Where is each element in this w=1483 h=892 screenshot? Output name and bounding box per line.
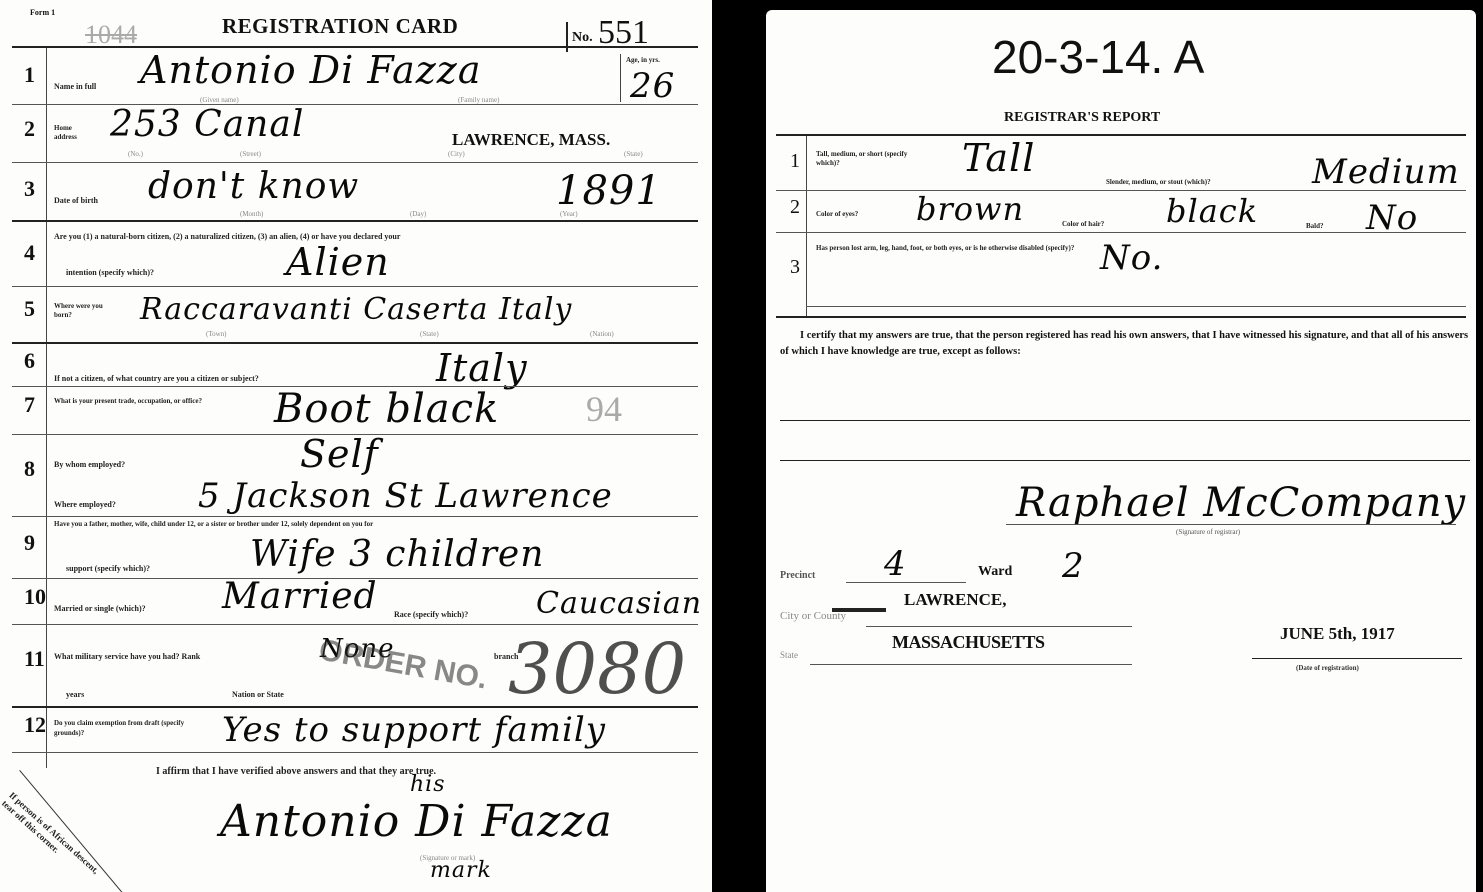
field-value-address: 253 Canal	[110, 104, 304, 145]
field-value-age: 26	[630, 66, 675, 106]
precinct-value: 4	[884, 544, 907, 584]
report-title: REGISTRAR'S REPORT	[1004, 110, 1160, 126]
field-value-year: 1891	[556, 168, 662, 214]
field-value-citizenship: Alien	[286, 240, 390, 284]
field-label-workplace: Where employed?	[54, 500, 116, 509]
sublabel: (Street)	[240, 150, 261, 158]
field-value-exemption: Yes to support family	[222, 710, 606, 750]
divider	[806, 306, 1466, 307]
field-value-build: Medium	[1312, 152, 1460, 192]
field-number: 3	[24, 176, 35, 202]
sublabel: (No.)	[128, 150, 143, 158]
field-label-employer: By whom employed?	[54, 460, 125, 469]
order-stamp: ORDER NO.	[316, 633, 489, 696]
field-number: 7	[24, 392, 35, 418]
field-label-military: What military service have you had? Rank	[54, 652, 200, 661]
ward-label: Ward	[978, 564, 1012, 580]
divider	[780, 460, 1470, 461]
field-label-occupation: What is your present trade, occupation, …	[54, 396, 204, 406]
signature-mark-below: mark	[430, 858, 492, 883]
divider	[12, 162, 698, 163]
field-value-hair: black	[1166, 192, 1258, 230]
registrar-report-back: 20-3-14. A REGISTRAR'S REPORT 1 Tall, me…	[766, 10, 1476, 892]
ward-value: 2	[1062, 546, 1085, 586]
field-label-height: Tall, medium, or short (specify which)?	[816, 150, 916, 168]
field-label-marital: Married or single (which)?	[54, 604, 146, 613]
field-value-disability: No.	[1100, 238, 1163, 278]
left-margin-rule	[46, 48, 47, 768]
annotation-number: 94	[586, 388, 622, 430]
field-value-workplace: 5 Jackson St Lawrence	[198, 476, 613, 516]
field-number: 9	[24, 530, 35, 556]
divider	[12, 286, 698, 287]
state-label: State	[780, 650, 798, 660]
field-label-citizenship-2: intention (specify which)?	[66, 268, 154, 277]
field-label-exemption: Do you claim exemption from draft (speci…	[54, 718, 214, 738]
field-value-dob: don't know	[148, 166, 359, 207]
field-value-city: LAWRENCE, MASS.	[452, 130, 610, 150]
form-label: Form 1	[30, 8, 55, 17]
field-value-birthplace: Raccaravanti Caserta Italy	[140, 292, 572, 327]
card-title: REGISTRATION CARD	[222, 14, 458, 39]
field-label-years: years	[66, 690, 84, 699]
field-label-nationality: If not a citizen, of what country are yo…	[54, 374, 259, 383]
report-code: 20-3-14. A	[992, 30, 1204, 84]
divider	[12, 624, 698, 625]
order-number: 3080	[508, 628, 686, 710]
registrar-caption: (Signature of registrar)	[1176, 528, 1240, 536]
field-number: 2	[24, 116, 35, 142]
field-label-dependents: Have you a father, mother, wife, child u…	[54, 520, 373, 528]
sublabel: (Family name)	[458, 96, 499, 104]
field-label-bald: Bald?	[1306, 222, 1324, 230]
divider	[780, 420, 1470, 421]
field-number: 6	[24, 348, 35, 374]
sublabel: (State)	[420, 330, 439, 338]
field-label-name: Name in full	[54, 82, 96, 91]
field-label-race: Race (specify which)?	[394, 610, 468, 619]
left-margin-rule	[806, 136, 807, 316]
sublabel: (Nation)	[590, 330, 614, 338]
field-number: 2	[790, 196, 800, 219]
divider	[12, 706, 698, 708]
registrar-signature: Raphael McCompany	[1016, 480, 1466, 526]
field-number: 10	[24, 584, 46, 610]
sublabel: (Month)	[240, 210, 263, 218]
field-value-name: Antonio Di Fazza	[140, 48, 482, 92]
field-label-dob: Date of birth	[54, 196, 98, 205]
sublabel: (Town)	[206, 330, 227, 338]
sublabel: (Given name)	[200, 96, 239, 104]
field-label-dependents-2: support (specify which)?	[66, 564, 150, 573]
divider	[776, 316, 1466, 318]
field-value-occupation: Boot black	[274, 386, 499, 432]
field-label-build: Slender, medium, or stout (which)?	[1106, 178, 1211, 186]
field-label-eyes: Color of eyes?	[816, 210, 858, 218]
signature-mark-above: his	[410, 772, 446, 797]
certification-text: I certify that my answers are true, that…	[780, 328, 1470, 360]
date-caption: (Date of registration)	[1296, 664, 1359, 672]
signature-line	[1006, 524, 1456, 525]
sublabel: (Year)	[560, 210, 578, 218]
field-number: 8	[24, 456, 35, 482]
divider	[776, 190, 1466, 191]
underline	[810, 664, 1132, 665]
field-number: 3	[790, 256, 800, 279]
card-number-label: No.	[572, 30, 593, 46]
divider	[12, 752, 698, 753]
sublabel: (City)	[448, 150, 465, 158]
field-number: 12	[24, 712, 46, 738]
field-value-height: Tall	[962, 136, 1035, 180]
divider	[12, 516, 698, 517]
field-label-nation: Nation or State	[232, 690, 284, 699]
registration-date: JUNE 5th, 1917	[1280, 624, 1395, 644]
affirmation-text: I affirm that I have verified above answ…	[156, 766, 436, 777]
registration-card-front: Form 1 1044 REGISTRATION CARD No. 551 1 …	[0, 0, 712, 892]
field-number: 1	[24, 62, 35, 88]
divider	[776, 134, 1466, 136]
field-label-hair: Color of hair?	[1062, 220, 1104, 228]
field-value-race: Caucasian	[536, 586, 702, 621]
tear-off-note: If person is of African descent, tear of…	[0, 790, 103, 887]
city-value: LAWRENCE,	[904, 590, 1007, 610]
divider	[12, 342, 698, 344]
field-value-dependents: Wife 3 children	[250, 534, 544, 575]
underline	[866, 626, 1132, 627]
field-value-nationality: Italy	[436, 346, 528, 390]
field-value-marital: Married	[222, 576, 378, 617]
sublabel: (State)	[624, 150, 643, 158]
field-label-disability: Has person lost arm, leg, hand, foot, or…	[816, 242, 1086, 254]
state-value: MASSACHUSETTS	[892, 632, 1045, 653]
precinct-label: Precinct	[780, 570, 815, 581]
redaction-bar	[832, 608, 886, 612]
divider	[776, 232, 1466, 233]
field-number: 5	[24, 296, 35, 322]
field-value-employer: Self	[300, 432, 379, 476]
underline	[1252, 658, 1462, 659]
field-label-address: Home address	[54, 124, 94, 142]
field-number: 4	[24, 240, 35, 266]
divider	[620, 54, 621, 102]
sublabel: (Day)	[410, 210, 426, 218]
underline	[846, 582, 966, 583]
registrant-signature: Antonio Di Fazza	[220, 796, 613, 847]
field-number: 11	[24, 646, 45, 672]
field-number: 1	[790, 150, 800, 173]
field-label-age: Age, in yrs.	[626, 56, 660, 64]
field-label-birthplace: Where were you born?	[54, 302, 114, 320]
field-value-eyes: brown	[916, 190, 1024, 228]
divider	[12, 220, 698, 222]
